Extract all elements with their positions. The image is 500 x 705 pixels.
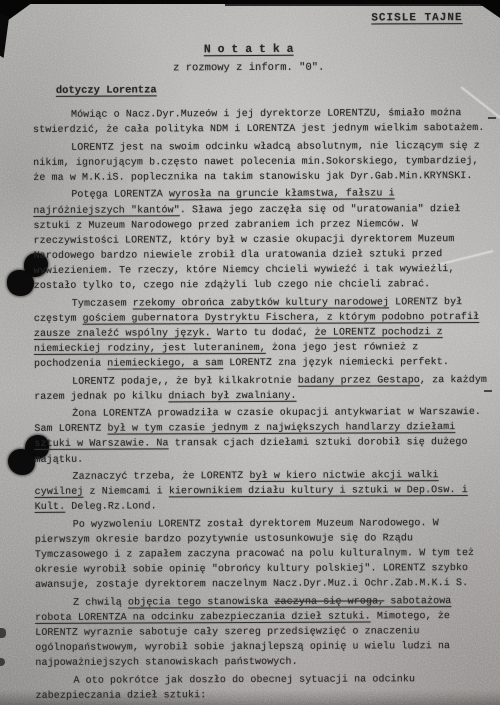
paragraph: Mówiąc o Nacz.Dyr.Muzeów i jej dyrektorz… xyxy=(33,106,489,138)
text-run: Z chwilą xyxy=(73,597,128,608)
paragraph: Tymczasem rzekomy obrońca zabytków kultu… xyxy=(34,295,490,372)
scanned-page: SCISLE TAJNE N o t a t k a z rozmowy z i… xyxy=(0,0,500,705)
text-run: Po wyzwoleniu LORENTZ został dyrektorem … xyxy=(35,518,474,591)
text-run: badany przez Gestapo xyxy=(298,375,420,387)
document-subtitle: z rozmowy z inform. "0". xyxy=(0,61,499,75)
paragraph: Po wyzwoleniu LORENTZ został dyrektorem … xyxy=(35,516,491,593)
paragraph: Z chwilą objęcia tego stanowiska zaczyna… xyxy=(35,594,491,671)
text-run: objęcia tego stanowiska xyxy=(128,597,274,609)
paragraph: LORENTZ podaje,, że był kilkakrotnie bad… xyxy=(34,373,490,405)
text-run: Warto tu dodać, xyxy=(211,328,315,339)
paragraph: LORENTZ jest na swoim odcinku władcą abs… xyxy=(33,139,489,186)
paragraph: A oto pokrótce jak doszło do obecnej syt… xyxy=(35,672,491,704)
document-title: N o t a t k a xyxy=(0,42,499,57)
text-run: Mówiąc o Nacz.Dyr.Muzeów i jej dyrektorz… xyxy=(33,108,485,136)
classification-stamp: SCISLE TAJNE xyxy=(371,12,462,24)
paragraph: Potęga LORENTZA wyrosła na gruncie kłams… xyxy=(33,186,489,294)
document-content: SCISLE TAJNE N o t a t k a z rozmowy z i… xyxy=(0,0,500,705)
text-run: z Niemcami i xyxy=(83,487,168,498)
text-run: rzekomy obrońca zabytków kultury narodow… xyxy=(133,297,389,309)
text-run: Tymczasem xyxy=(72,298,133,309)
text-run: Zaznaczyć trzeba, że LORENTZ xyxy=(73,471,250,483)
text-run: dniach był zwalniany. xyxy=(168,390,296,402)
text-run: Potęga LORENTZA xyxy=(71,190,169,201)
paragraph: Żona LORENTZA prowadziła w czasie okupac… xyxy=(34,405,490,467)
text-run: Deleg.Rz.Lond. xyxy=(65,502,157,513)
text-run: zaczyna się wroga, xyxy=(274,596,384,607)
text-run: LORENTZ podaje,, że był kilkakrotnie xyxy=(72,375,298,387)
document-subject-line: dotyczy Lorentza xyxy=(56,84,157,96)
text-run: . Sława jego zaczęła się od "uratowania"… xyxy=(33,204,460,292)
paragraph: Zaznaczyć trzeba, że LORENTZ był w kiero… xyxy=(35,468,491,515)
text-run: A oto pokrótce jak doszło do obecnej syt… xyxy=(35,674,415,702)
document-body: Mówiąc o Nacz.Dyr.Muzeów i jej dyrektorz… xyxy=(33,106,492,705)
text-run: niemieckiego, a sam xyxy=(107,358,223,370)
text-run: LORENTZ zna język niemiecki perfekt. xyxy=(223,357,449,369)
text-run: LORENTZ jest na swoim odcinku władcą abs… xyxy=(33,141,480,184)
document-title-text: N o t a t k a xyxy=(204,43,294,56)
